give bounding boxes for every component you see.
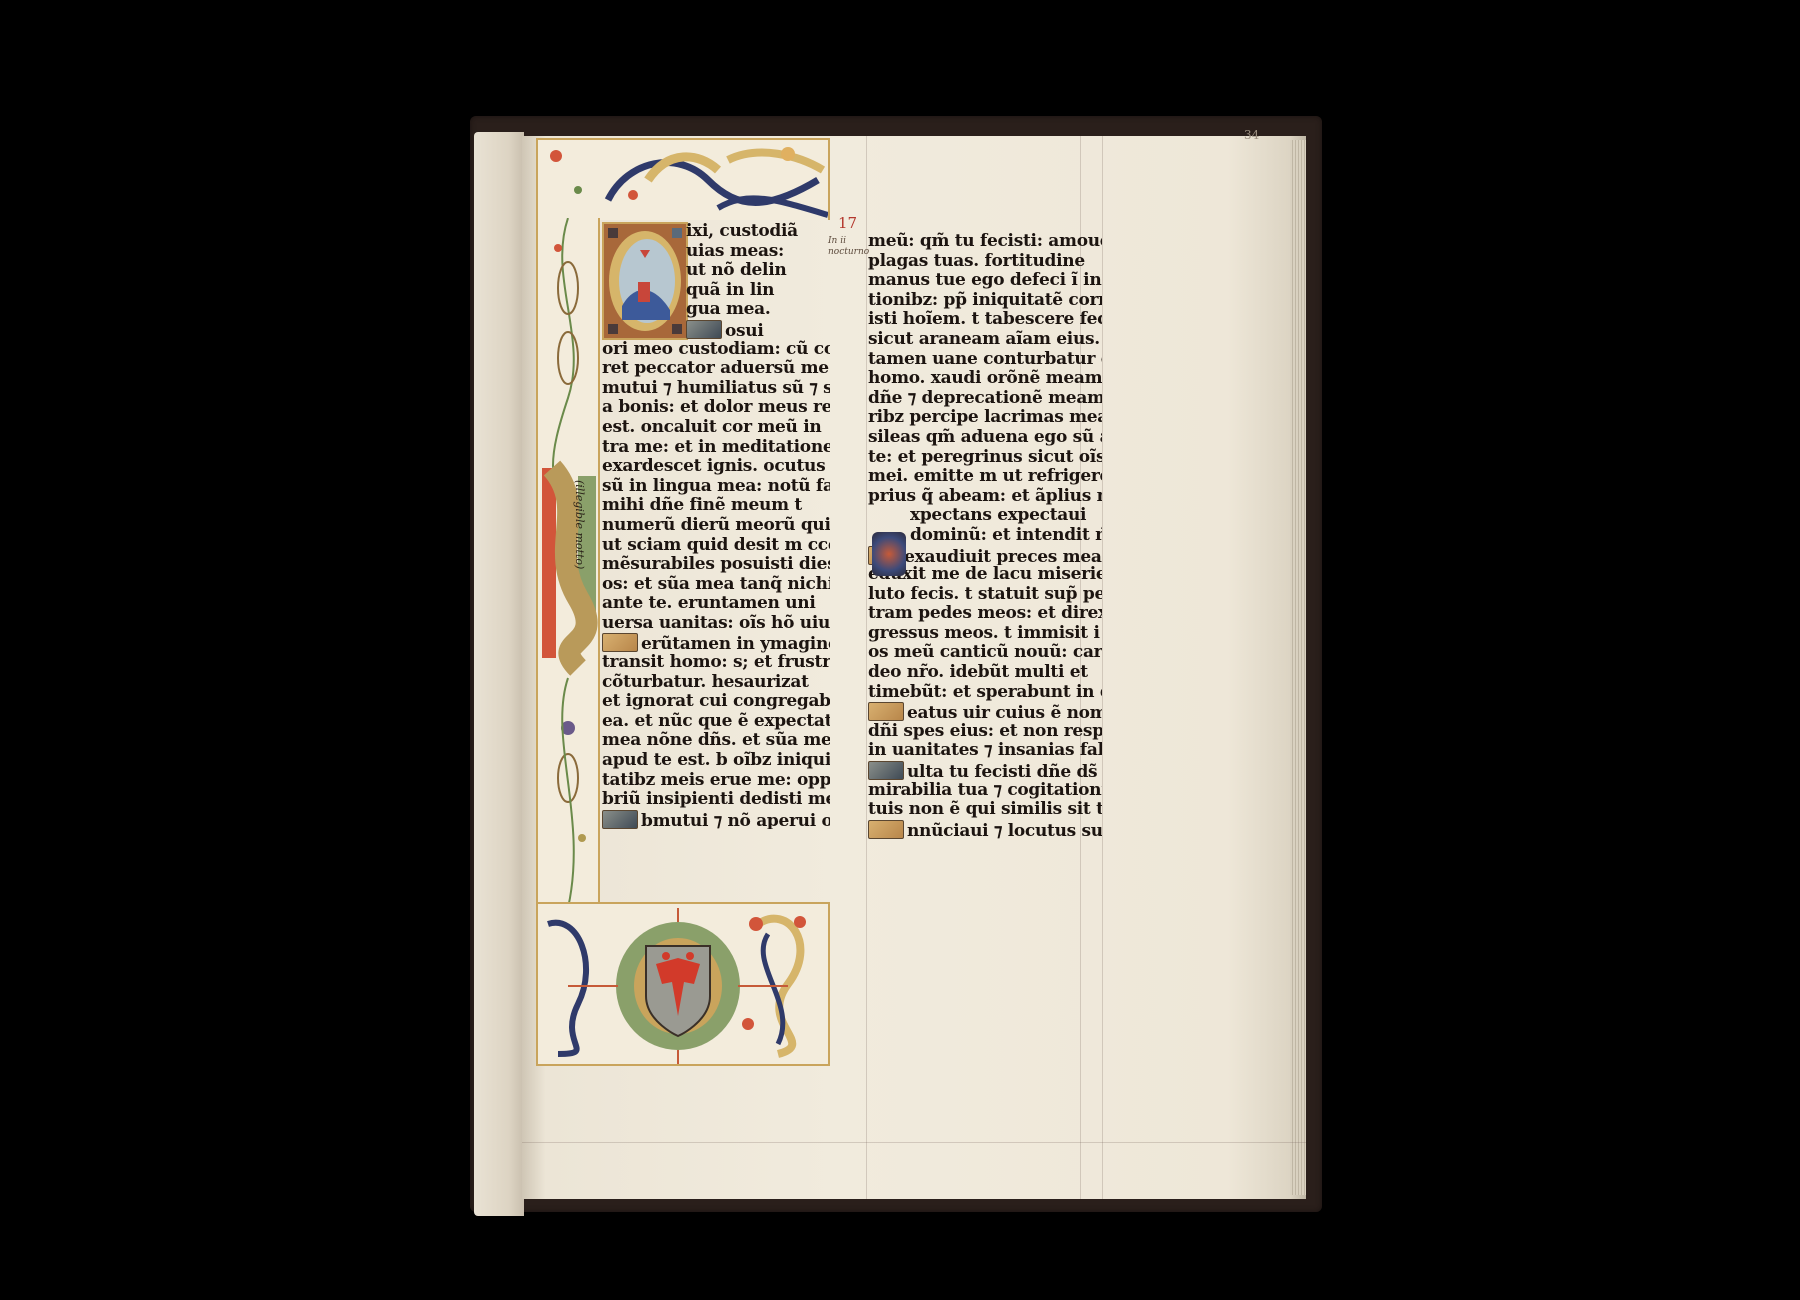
- text-line: tram pedes meos: et direxit: [868, 604, 1102, 624]
- banderole-inscription: (illegible motto): [548, 480, 586, 680]
- text-line: ea. et nũc que ẽ expectatio: [602, 712, 830, 732]
- text-line: tionibz: pp̃ iniquitatẽ corripu: [868, 291, 1102, 311]
- decorated-capital: [868, 702, 904, 721]
- text-line: mei. emitte m ut refrigere: [868, 467, 1102, 487]
- page-edges: [1290, 140, 1306, 1195]
- text-line: manus tue ego defeci ĩ increpa: [868, 271, 1102, 291]
- text-line: mẽsurabiles posuisti dies me: [602, 555, 830, 575]
- text-line: briũ insipienti dedisti me.: [602, 790, 830, 810]
- left-text-column: ixi, custodiã uias meas: ut nõ delin quã…: [602, 222, 830, 829]
- text-line: ante te. eruntamen uni: [602, 594, 830, 614]
- text-line: dñe ⁊ deprecationẽ meam. au: [868, 389, 1102, 409]
- text-line: ut sciam quid desit m cce: [602, 536, 830, 556]
- text-line: et ignorat cui congregabit: [602, 692, 830, 712]
- text-line: mirabilia tua ⁊ cogitationib: [868, 781, 1102, 801]
- text-line: dñi spes eius: et non respexit: [868, 722, 1102, 742]
- text-line: xpectans expectaui: [868, 506, 1102, 526]
- text-line: ori meo custodiam: cũ consiste: [602, 340, 830, 360]
- text-line: gressus meos. t immisit i: [868, 624, 1102, 644]
- rubric-number: 17: [838, 214, 857, 232]
- text-line: deo nr̃o. idebũt multi et: [868, 663, 1102, 683]
- text-line: tamen uane conturbatur oĩs: [868, 350, 1102, 370]
- border-bottom-coat-of-arms: [536, 902, 830, 1066]
- left-page-edge: [474, 132, 524, 1216]
- decorated-capital: [868, 820, 904, 839]
- text-line: plagas tuas. fortitudine: [868, 252, 1102, 272]
- text-line: transit homo: s; et frustra: [602, 653, 830, 673]
- ruling-line: [1102, 136, 1103, 1199]
- folio-number: 34: [1244, 128, 1259, 142]
- text-line: te: et peregrinus sicut oĩs p̃res: [868, 448, 1102, 468]
- text-line: eatus uir cuius ẽ nomẽ: [868, 702, 1102, 722]
- text-line: erũtamen in ymagine per: [602, 633, 830, 653]
- text-line: est. oncaluit cor meũ in: [602, 418, 830, 438]
- text-line: sicut araneam aĩam eius. uerũ: [868, 330, 1102, 350]
- decorated-capital: [602, 810, 638, 829]
- text-line: ulta tu fecisti dñe ds̃ m̃s: [868, 761, 1102, 781]
- text-line: os: et sũa mea tanq̃ nichilũ: [602, 575, 830, 595]
- text-line: ixi, custodiã: [602, 222, 830, 242]
- decorated-capital: [868, 761, 904, 780]
- text-line: timebũt: et sperabunt in dño.: [868, 683, 1102, 703]
- text-line: ret peccator aduersũ me. b: [602, 359, 830, 379]
- marginal-note-line: nocturno: [828, 247, 868, 258]
- text-line: tra me: et in meditatione mea: [602, 438, 830, 458]
- text-line: nnũciaui ⁊ locutus sum:: [868, 820, 1102, 840]
- coat-of-arms-icon: [538, 904, 830, 1066]
- text-line: luto fecis. t statuit sup̃ pe: [868, 585, 1102, 605]
- text-line: mihi dñe finẽ meum t: [602, 496, 830, 516]
- text-line: in uanitates ⁊ insanias falsas.: [868, 741, 1102, 761]
- decorated-initial-e: [872, 532, 906, 576]
- text-line: uersa uanitas: oĩs hõ uiuẽs.: [602, 614, 830, 634]
- marginal-note-line: In ii: [828, 236, 868, 247]
- text-line: tatibz meis erue me: oppro: [602, 771, 830, 791]
- text-line: osui: [602, 320, 830, 340]
- text-line: sũ in lingua mea: notũ fac: [602, 477, 830, 497]
- text-line: apud te est. b oĩbz iniqui: [602, 751, 830, 771]
- text-line: sileas qm̃ aduena ego sũ apud: [868, 428, 1102, 448]
- border-top-acanthus: [536, 138, 830, 220]
- text-line: quã in lin: [602, 281, 830, 301]
- marginal-note: In ii nocturno: [828, 236, 868, 258]
- text-line: meũ: qm̃ tu fecisti: amoue a me: [868, 232, 1102, 252]
- text-line: homo. xaudi orõnẽ meam: [868, 369, 1102, 389]
- text-line: ribz percipe lacrimas meas. e: [868, 408, 1102, 428]
- text-line: bmutui ⁊ nõ aperui os: [602, 810, 830, 830]
- text-line: gua mea.: [602, 300, 830, 320]
- text-line: mutui ⁊ humiliatus sũ ⁊ silui: [602, 379, 830, 399]
- text-line: prius q̃ abeam: et ãplius nõ ero.: [868, 487, 1102, 507]
- ruling-line: [866, 136, 867, 1199]
- decorated-capital: [686, 320, 722, 339]
- text-line: a bonis: et dolor meus renouat': [602, 398, 830, 418]
- text-line: mea nõne dñs. et sũa mea: [602, 731, 830, 751]
- text-line: cõturbatur. hesaurizat: [602, 673, 830, 693]
- decorated-capital: [602, 633, 638, 652]
- text-line: uias meas:: [602, 242, 830, 262]
- text-line: exardescet ignis. ocutus: [602, 457, 830, 477]
- ruling-line: [522, 1142, 1306, 1143]
- text-line: ut nõ delin: [602, 261, 830, 281]
- text-line: isti hoĩem. t tabescere fecisti: [868, 310, 1102, 330]
- acanthus-scroll-icon: [538, 140, 830, 220]
- text-line: tuis non ẽ qui similis sit t'.: [868, 800, 1102, 820]
- text-line: os meũ canticũ nouũ: carme: [868, 643, 1102, 663]
- text-line: numerũ dierũ meorũ quis ẽ.: [602, 516, 830, 536]
